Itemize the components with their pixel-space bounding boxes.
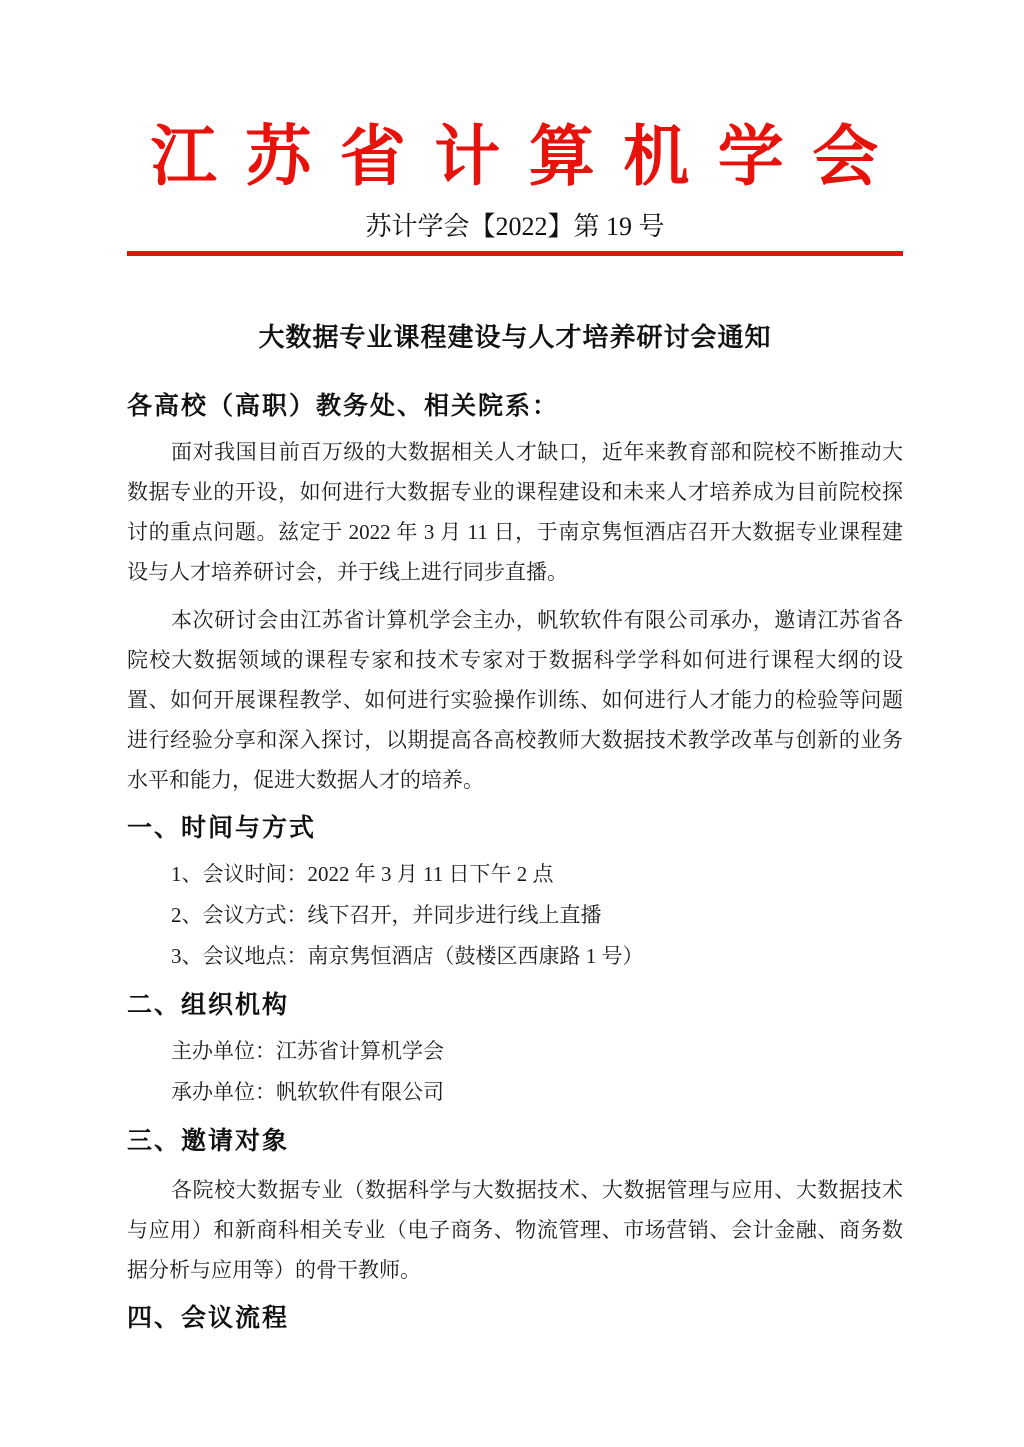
section-heading-time-and-mode: 一、时间与方式 (127, 807, 903, 849)
invitees-paragraph: 各院校大数据专业（数据科学与大数据技术、大数据管理与应用、大数据技术与应用）和新… (127, 1170, 903, 1290)
section-heading-agenda: 四、会议流程 (127, 1297, 903, 1339)
list-item-meeting-mode: 2、会议方式：线下召开，并同步进行线上直播 (171, 895, 903, 936)
document-page: 江 苏 省 计 算 机 学 会 苏计学会【2022】第 19 号 大数据专业课程… (0, 0, 1024, 1447)
intro-paragraph-1: 面对我国目前百万级的大数据相关人才缺口，近年来教育部和院校不断推动大数据专业的开… (127, 432, 903, 592)
salutation: 各高校（高职）教务处、相关院系： (127, 390, 903, 424)
notice-body: 大数据专业课程建设与人才培养研讨会通知 各高校（高职）教务处、相关院系： 面对我… (127, 320, 903, 1339)
time-and-mode-list: 1、会议时间：2022 年 3 月 11 日下午 2 点 2、会议方式：线下召开… (127, 854, 903, 977)
intro-paragraph-2: 本次研讨会由江苏省计算机学会主办，帆软软件有限公司承办，邀请江苏省各院校大数据领… (127, 600, 903, 800)
letterhead-red-divider-line (127, 251, 903, 256)
list-item-host-unit: 主办单位：江苏省计算机学会 (171, 1031, 903, 1072)
list-item-meeting-time: 1、会议时间：2022 年 3 月 11 日下午 2 点 (171, 854, 903, 895)
list-item-organizer-unit: 承办单位：帆软软件有限公司 (171, 1072, 903, 1113)
section-heading-invitees: 三、邀请对象 (127, 1120, 903, 1162)
letterhead-doc-number: 苏计学会【2022】第 19 号 (127, 208, 903, 246)
section-heading-organization: 二、组织机构 (127, 984, 903, 1026)
letterhead-org-name: 江 苏 省 计 算 机 学 会 (127, 108, 903, 208)
list-item-meeting-location: 3、会议地点：南京隽恒酒店（鼓楼区西康路 1 号） (171, 936, 903, 977)
organization-list: 主办单位：江苏省计算机学会 承办单位：帆软软件有限公司 (127, 1031, 903, 1113)
notice-title: 大数据专业课程建设与人才培养研讨会通知 (127, 320, 903, 354)
